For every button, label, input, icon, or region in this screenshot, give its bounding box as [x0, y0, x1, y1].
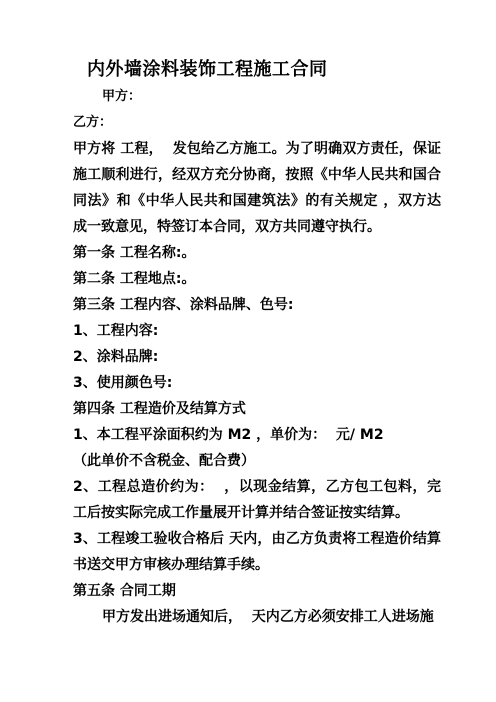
contract-paragraph: 3、使用颜色号: [73, 370, 441, 396]
contract-paragraph: 1、本工程平涂面积约为 M2 ，单价为： 元/ M2 [73, 422, 441, 448]
contract-body: 甲方：乙方：甲方将 工程， 发包给乙方施工。为了明确双方责任，保证施工顺利进行，… [73, 84, 441, 630]
contract-paragraph: 第二条 工程地点:。 [73, 266, 441, 292]
contract-paragraph: 第一条 工程名称:。 [73, 240, 441, 266]
contract-paragraph: 第三条 工程内容、涂料品牌、色号: [73, 292, 441, 318]
contract-paragraph: 甲方将 工程， 发包给乙方施工。为了明确双方责任，保证施工顺利进行，经双方充分协… [73, 136, 441, 240]
contract-paragraph: 甲方发出进场通知后， 天内乙方必须安排工人进场施 [73, 604, 441, 630]
contract-paragraph: 甲方： [73, 84, 441, 110]
contract-paragraph: 2、工程总造价约为： ，以现金结算，乙方包工包料，完工后按实际完成工作量展开计算… [73, 474, 441, 526]
contract-paragraph: 2、涂料品牌: [73, 344, 441, 370]
contract-paragraph: 1、工程内容: [73, 318, 441, 344]
contract-paragraph: 3、工程竣工验收合格后 天内，由乙方负责将工程造价结算书送交甲方审核办理结算手续… [73, 526, 441, 578]
contract-paragraph: 第五条 合同工期 [73, 578, 441, 604]
contract-title: 内外墙涂料装饰工程施工合同 [87, 56, 441, 84]
contract-document-page: 内外墙涂料装饰工程施工合同 甲方：乙方：甲方将 工程， 发包给乙方施工。为了明确… [0, 0, 496, 702]
contract-paragraph: （此单价不含税金、配合费） [73, 448, 441, 474]
contract-paragraph: 乙方： [73, 110, 441, 136]
contract-paragraph: 第四条 工程造价及结算方式 [73, 396, 441, 422]
